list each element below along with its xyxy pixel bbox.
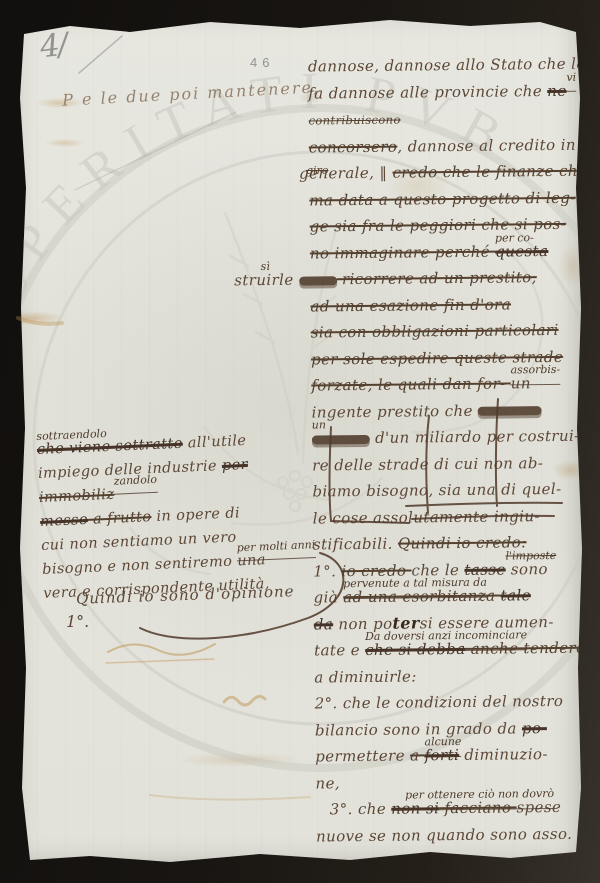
text-segment: messo [40, 512, 89, 530]
margin-note-giro: giro [306, 164, 328, 177]
manuscript-line: struirle sì ricorrere ad un prestito, [310, 264, 598, 294]
text-segment: immobiliz [39, 487, 115, 506]
text-segment: tate e [314, 641, 365, 660]
folio-number: 4/ [38, 27, 68, 66]
manuscript-line: contribuiscono [308, 104, 596, 135]
text-segment: bilancio sono in grado da [315, 719, 522, 739]
text-segment: a [410, 746, 425, 764]
manuscript-line: nuove se non quando sono asso. [316, 820, 600, 850]
page-stamp-number: 46 [250, 55, 274, 70]
right-text-column: dannose, dannose allo Stato che le,fa da… [308, 51, 600, 850]
manuscript-line: ge sia fra le peggiori che si pos- [310, 211, 598, 241]
text-segment: ingente prestito che [312, 401, 479, 421]
text-segment: all'utile [182, 433, 246, 452]
manuscript-line: già pervenute a tal misura daad una esor… [313, 581, 600, 611]
text-segment: ne, [315, 774, 340, 792]
text-segment: già [313, 588, 343, 606]
left-text-block: sottraendoloche viene sottratto all'util… [36, 426, 317, 606]
text-segment: assorbis- [510, 357, 560, 385]
text-segment: permettere [315, 746, 410, 765]
text-segment: biamo bisogno, sia una di quel- [312, 480, 561, 501]
text-segment: a diminuirle: [314, 667, 417, 686]
manuscript-line: re delle strade di cui non ab- [312, 449, 600, 479]
text-segment: in opere di [151, 505, 240, 525]
text-segment: d'un miliardo per costrui- [370, 427, 580, 447]
text-segment: 2°. che le condizioni del nostro [315, 692, 564, 713]
scanned-manuscript-screenshot: { "page": { "folio_number": "4/", "stamp… [0, 0, 600, 883]
manuscript-line: le cose assolutamente ingiu- [313, 502, 600, 532]
text-segment: contribuiscono [308, 113, 400, 128]
manuscript-line: forzate, le quali dan for- assorbis- un [311, 369, 599, 399]
text-segment: da [314, 615, 334, 633]
text-segment: 1°. [313, 562, 341, 580]
text-segment: ricorrere ad [337, 269, 444, 288]
text-segment: fa dannose alle provincie che [308, 82, 547, 103]
text-segment: ad una esazione fin d'ora [310, 295, 511, 315]
text-segment [312, 434, 370, 444]
text-segment: zandolo [113, 468, 157, 495]
text-segment [299, 276, 337, 285]
text-segment: , dannose al credito in [397, 135, 576, 155]
text-segment: ‖ [379, 164, 392, 182]
text-segment: nuove se non quando sono asso. [316, 824, 572, 845]
manuscript-line: fa dannose alle provincie che nevi [308, 77, 596, 107]
text-segment: forzate, le quali dan for- [311, 374, 511, 394]
text-segment: concorsero [309, 137, 398, 156]
text-segment: no immaginare perché [310, 242, 495, 262]
text-segment: diminuzio- [459, 745, 548, 764]
text-segment: stificabili. [313, 535, 398, 554]
manuscript-line: tate e Da doversi anzi incominciareche s… [314, 634, 600, 664]
manuscript-page: SPERITATI PVB 4/ 46 P e le due poi mante… [10, 8, 582, 866]
manuscript-line: 2°. che le condizioni del nostro [315, 687, 600, 717]
text-segment: dannose, dannose allo Stato che le, [308, 55, 591, 76]
text-segment: struirle [234, 271, 299, 290]
manuscript-line: ma data a questo progetto di leg- [309, 184, 597, 214]
text-segment: vi [566, 64, 576, 92]
text-segment: alcune [424, 729, 461, 757]
manuscript-line: concorsero, dannose al credito in [309, 131, 597, 161]
text-segment: le cose assolutamente ingiu- [313, 507, 540, 527]
text-segment: ne [547, 81, 567, 99]
manuscript-line: stificabili. Quindi io credo: [313, 528, 600, 558]
item-marker-1: 1°. [66, 612, 89, 631]
manuscript-line: no immaginare perché per co-questa [310, 237, 598, 267]
text-segment: po- [522, 719, 547, 737]
text-segment: ma data a questo progetto di leg- [309, 188, 576, 209]
text-segment: per molti anni [236, 533, 316, 561]
text-segment: per ottenere ciò non dovrò [391, 781, 554, 810]
manuscript-line: un d'un miliardo per costrui- [312, 422, 600, 452]
text-segment: sottraendolo [36, 422, 107, 450]
manuscript-line: dannose, dannose allo Stato che le, [308, 51, 596, 81]
text-segment: 3°. che [330, 800, 392, 819]
text-segment: Da doversi anzi incominciare [365, 622, 527, 651]
manuscript-line: 3°. che per ottenere ciò non dovrònon si… [316, 793, 600, 823]
text-segment: un prestito, [444, 268, 537, 287]
manuscript-line: biamo bisogno, sia una di quel- [312, 475, 600, 505]
text-segment: a frutto [88, 509, 152, 528]
text-segment: tale [501, 586, 531, 604]
text-segment: credo che le finanze che la fir- [392, 161, 600, 182]
manuscript-line: a diminuirle: [314, 661, 600, 691]
text-segment: per [222, 457, 249, 474]
manuscript-line: sia con obbligazioni particolari [311, 316, 599, 346]
manuscript-line: ad una esazione fin d'ora [310, 290, 598, 320]
manuscript-line: permettere a alcuneforti diminuzio- [315, 740, 600, 770]
text-segment: l'imposte [505, 542, 556, 569]
opening-line: P e le due poi mantenere, [62, 77, 321, 109]
manuscript-line: ingente prestito che [311, 396, 599, 426]
text-segment: sia con obbligazioni particolari [311, 321, 559, 342]
manuscript-line: generale, ‖ credo che le finanze che la … [309, 158, 597, 188]
text-segment: per co- [495, 225, 534, 253]
text-segment: pervenute a tal misura da [343, 570, 487, 599]
text-segment [478, 406, 542, 416]
text-segment: re delle strade di cui non ab- [312, 454, 543, 474]
